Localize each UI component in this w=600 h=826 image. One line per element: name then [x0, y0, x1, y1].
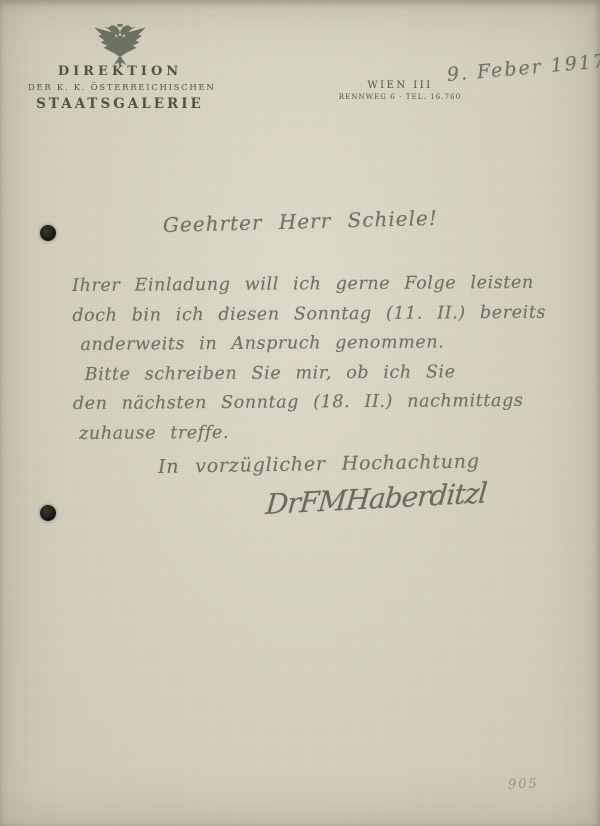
org-name: STAATSGALERIE: [28, 96, 212, 112]
body-line: den nächsten Sonntag (18. II.) nachmitta…: [73, 387, 547, 420]
catalog-number: 905: [508, 776, 539, 792]
punch-hole-top: [40, 225, 56, 241]
signature: DrFMHaberditzl: [265, 476, 488, 521]
org-subtitle: DER K. K. ÖSTERREICHISCHEN: [28, 83, 212, 93]
letter-scan: DIREKTION DER K. K. ÖSTERREICHISCHEN STA…: [0, 0, 600, 826]
letterhead-street-tel: RENNWEG 6 · TEL. 16.760: [330, 93, 470, 101]
body-line: doch bin ich diesen Sonntag (11. II.) be…: [72, 298, 546, 331]
body-line: zuhause treffe.: [79, 416, 547, 449]
body-line: anderweits in Anspruch genommen.: [80, 328, 546, 361]
letterhead-org-block: DIREKTION DER K. K. ÖSTERREICHISCHEN STA…: [28, 64, 212, 112]
body-line: Bitte schreiben Sie mir, ob ich Sie: [85, 357, 547, 390]
org-direktion: DIREKTION: [28, 64, 212, 79]
body-line: Ihrer Einladung will ich gerne Folge lei…: [72, 269, 546, 302]
handwritten-date: 9. Feber 1917: [446, 50, 600, 86]
closing-formula: In vorzüglicher Hochachtung: [158, 450, 480, 478]
letterhead: DIREKTION DER K. K. ÖSTERREICHISCHEN STA…: [0, 0, 600, 140]
letter-body: Ihrer Einladung will ich gerne Folge lei…: [72, 269, 547, 449]
punch-hole-bottom: [40, 505, 56, 521]
salutation: Geehrter Herr Schiele!: [163, 206, 438, 237]
double-headed-eagle-crest-icon: [91, 22, 149, 68]
